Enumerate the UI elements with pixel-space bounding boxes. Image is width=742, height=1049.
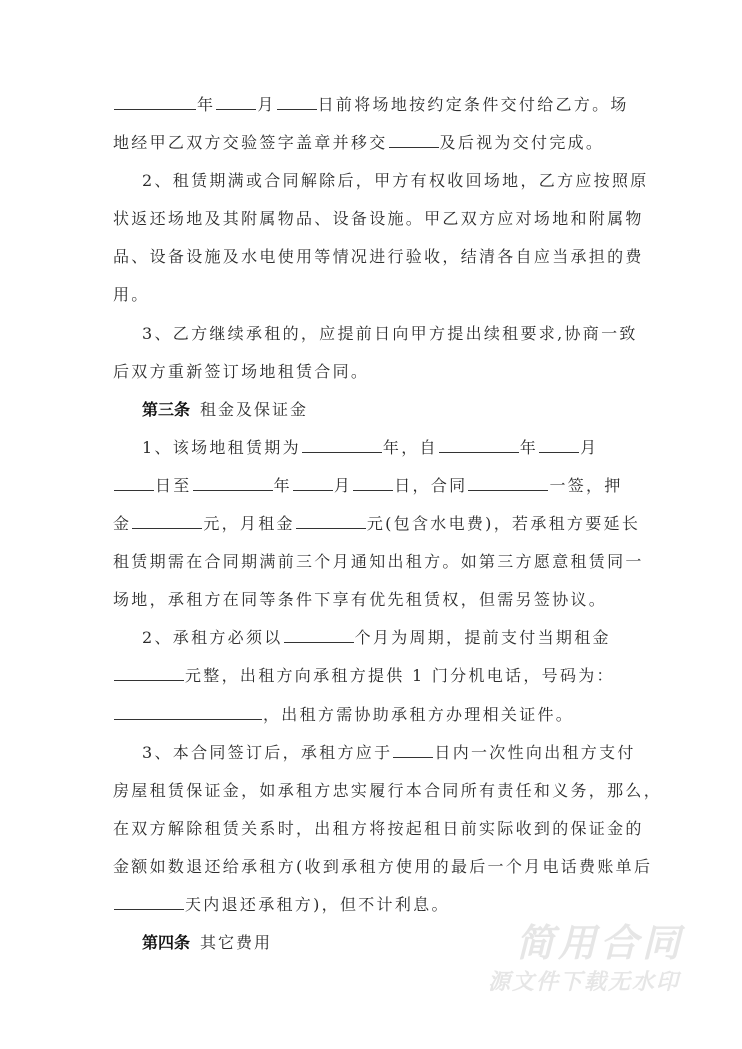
fill-in-blank: [393, 743, 433, 758]
paragraph-line: 品、设备设施及水电使用等情况进行验收，结清各自应当承担的费: [113, 238, 629, 276]
fill-in-blank: [468, 476, 548, 491]
paragraph-line: 金额如数退还给承租方(收到承租方使用的最后一个月电话费账单后: [113, 848, 629, 886]
paragraph-line: 3、本合同签订后，承租方应于日内一次性向出租方支付: [113, 734, 629, 772]
text-run: 元整，出租方向承租方提供 1 门分机电话，号码为：: [185, 666, 615, 685]
section-title: 租金及保证金: [200, 400, 308, 419]
text-run: 3、乙方继续承租的，应提前日向甲方提出续租要求,协商一致: [142, 324, 638, 343]
fill-in-blank: [114, 895, 184, 910]
paragraph-line: 2、租赁期满或合同解除后，甲方有权收回场地，乙方应按照原: [113, 162, 629, 200]
paragraph-line: 场地，承租方在同等条件下享有优先租赁权，但需另签协议。: [113, 581, 629, 619]
text-run: 在双方解除租赁关系时，出租方将按起租日前实际收到的保证金的: [113, 819, 644, 838]
fill-in-blank: [284, 628, 354, 643]
text-run: 1、该场地租赁期为: [142, 438, 301, 457]
fill-in-blank: [539, 438, 579, 453]
fill-in-blank: [293, 476, 333, 491]
text-run: 日，合同: [394, 476, 467, 495]
text-run: 场地，承租方在同等条件下享有优先租赁权，但需另签协议。: [113, 590, 607, 609]
text-run: 用。: [113, 285, 150, 304]
text-run: 一签，押: [549, 476, 622, 495]
fill-in-blank: [132, 514, 202, 529]
text-run: 年: [197, 95, 215, 114]
paragraph-line: 租赁期需在合同期满前三个月通知出租方。如第三方愿意租赁同一: [113, 543, 629, 581]
text-run: 日前将场地按约定条件交付给乙方。场: [318, 95, 629, 114]
text-run: 状返还场地及其附属物品、设备设施。甲乙双方应对场地和附属物: [113, 209, 644, 228]
paragraph-line: 在双方解除租赁关系时，出租方将按起租日前实际收到的保证金的: [113, 810, 629, 848]
text-run: ，出租方需协助承租方办理相关证件。: [263, 705, 574, 724]
paragraph-line: 后双方重新签订场地租赁合同。: [113, 353, 629, 391]
section-title: 其它费用: [200, 933, 272, 952]
fill-in-blank: [277, 95, 317, 110]
fill-in-blank: [353, 476, 393, 491]
text-run: 月: [334, 476, 352, 495]
text-run: 个月为周期，提前支付当期租金: [355, 628, 611, 647]
paragraph-line: 3、乙方继续承租的，应提前日向甲方提出续租要求,协商一致: [113, 315, 629, 353]
fill-in-blank: [216, 95, 256, 110]
text-run: 元，月租金: [203, 514, 295, 533]
paragraph-line: 金元，月租金元(包含水电费)，若承租方要延长: [113, 505, 629, 543]
text-run: 日至: [155, 476, 192, 495]
text-run: 3、本合同签订后，承租方应于: [142, 743, 392, 762]
text-run: 年: [520, 438, 538, 457]
paragraph-line: 用。: [113, 276, 629, 314]
fill-in-blank: [114, 705, 262, 720]
fill-in-blank: [302, 438, 382, 453]
text-run: 及后视为交付完成。: [440, 133, 605, 152]
paragraph-line: 房屋租赁保证金，如承租方忠实履行本合同所有责任和义务，那么，: [113, 772, 629, 810]
paragraph-line: 地经甲乙双方交验签字盖章并移交及后视为交付完成。: [113, 124, 629, 162]
text-run: 2、承租方必须以: [142, 628, 283, 647]
text-run: 年: [274, 476, 292, 495]
watermark-logo: 简用合同: [516, 912, 684, 967]
text-run: 后双方重新签订场地租赁合同。: [113, 362, 369, 381]
fill-in-blank: [389, 133, 439, 148]
text-run: 日内一次性向出租方支付: [434, 743, 635, 762]
text-run: 天内退还承租方)，但不计利息。: [185, 895, 450, 914]
paragraph-line: 元整，出租方向承租方提供 1 门分机电话，号码为：: [113, 657, 629, 695]
paragraph-line: 1、该场地租赁期为年，自年月: [113, 429, 629, 467]
section-heading: 第三条租金及保证金: [113, 391, 629, 429]
watermark-caption: 源文件下载无水印: [488, 965, 680, 996]
document-page: 年月日前将场地按约定条件交付给乙方。场地经甲乙双方交验签字盖章并移交及后视为交付…: [113, 86, 629, 962]
text-run: 月: [580, 438, 598, 457]
paragraph-line: 年月日前将场地按约定条件交付给乙方。场: [113, 86, 629, 124]
text-run: 月: [257, 95, 275, 114]
text-run: 地经甲乙双方交验签字盖章并移交: [113, 133, 388, 152]
fill-in-blank: [114, 666, 184, 681]
fill-in-blank: [114, 95, 196, 110]
text-run: 2、租赁期满或合同解除后，甲方有权收回场地，乙方应按照原: [142, 171, 649, 190]
paragraph-line: ，出租方需协助承租方办理相关证件。: [113, 696, 629, 734]
fill-in-blank: [114, 476, 154, 491]
section-number: 第三条: [142, 400, 190, 419]
section-number: 第四条: [142, 933, 190, 952]
fill-in-blank: [296, 514, 366, 529]
text-run: 金额如数退还给承租方(收到承租方使用的最后一个月电话费账单后: [113, 857, 652, 876]
text-run: 品、设备设施及水电使用等情况进行验收，结清各自应当承担的费: [113, 247, 644, 266]
paragraph-line: 2、承租方必须以个月为周期，提前支付当期租金: [113, 619, 629, 657]
fill-in-blank: [439, 438, 519, 453]
text-run: 金: [113, 514, 131, 533]
text-run: 年，自: [383, 438, 438, 457]
fill-in-blank: [193, 476, 273, 491]
paragraph-line: 日至年月日，合同一签，押: [113, 467, 629, 505]
text-run: 房屋租赁保证金，如承租方忠实履行本合同所有责任和义务，那么，: [113, 781, 662, 800]
text-run: 租赁期需在合同期满前三个月通知出租方。如第三方愿意租赁同一: [113, 552, 644, 571]
paragraph-line: 状返还场地及其附属物品、设备设施。甲乙双方应对场地和附属物: [113, 200, 629, 238]
text-run: 元(包含水电费)，若承租方要延长: [367, 514, 640, 533]
